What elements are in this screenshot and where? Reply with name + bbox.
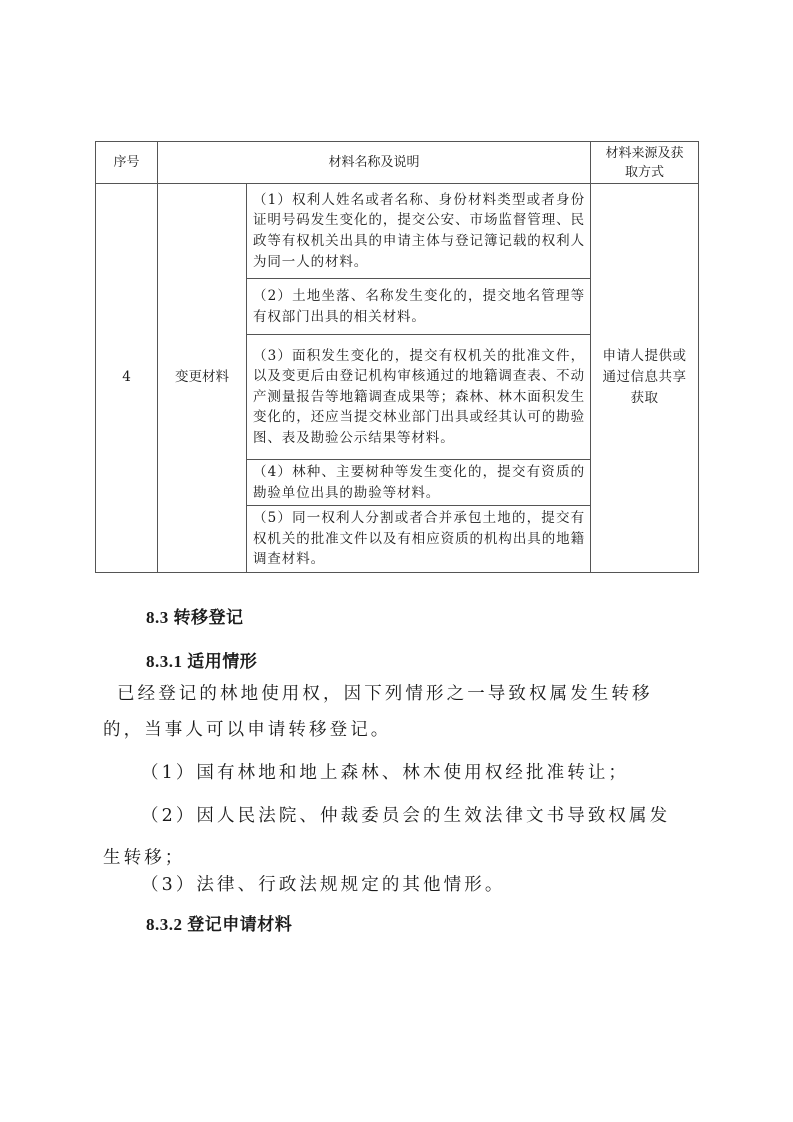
table-row: 4 变更材料 （1）权利人姓名或者名称、身份材料类型或者身份证明号码发生变化的，… [96,184,699,279]
intro-line-2: 的，当事人可以申请转移登记。 [103,712,391,748]
list-item-3: （3）法律、行政法规规定的其他情形。 [141,867,505,903]
row-name: 变更材料 [158,184,247,573]
intro-line-1: 已经登记的林地使用权，因下列情形之一导致权属发生转移 [117,676,653,712]
item-5: （5）同一权利人分割或者合并承包土地的，提交有权机关的批准文件以及有相应资质的机… [247,506,591,573]
subsection-heading-1: 8.3.1 适用情形 [146,647,257,672]
item-2: （2）土地坐落、名称发生变化的，提交地名管理等有权部门出具的相关材料。 [247,279,591,335]
section-heading: 8.3 转移登记 [146,603,244,628]
row-seq: 4 [96,184,158,573]
subsection-heading-2: 8.3.2 登记申请材料 [146,910,292,935]
table-header-row: 序号 材料名称及说明 材料来源及获取方式 [96,142,699,184]
header-name: 材料名称及说明 [158,142,591,184]
item-4: （4）林种、主要树种等发生变化的，提交有资质的勘验单位出具的勘验等材料。 [247,460,591,506]
document-page: 序号 材料名称及说明 材料来源及获取方式 4 变更材料 （1）权利人姓名或者名称… [0,0,793,1122]
row-source: 申请人提供或通过信息共享获取 [591,184,699,573]
item-1: （1）权利人姓名或者名称、身份材料类型或者身份证明号码发生变化的，提交公安、市场… [247,184,591,279]
materials-table: 序号 材料名称及说明 材料来源及获取方式 4 变更材料 （1）权利人姓名或者名称… [95,141,699,573]
list-item-2: （2）因人民法院、仲裁委员会的生效法律文书导致权属发 [141,798,670,834]
header-seq: 序号 [96,142,158,184]
header-source: 材料来源及获取方式 [591,142,699,184]
list-item-1: （1）国有林地和地上森林、林木使用权经批准转让； [141,755,629,791]
item-3: （3）面积发生变化的，提交有权机关的批准文件，以及变更后由登记机构审核通过的地籍… [247,335,591,460]
